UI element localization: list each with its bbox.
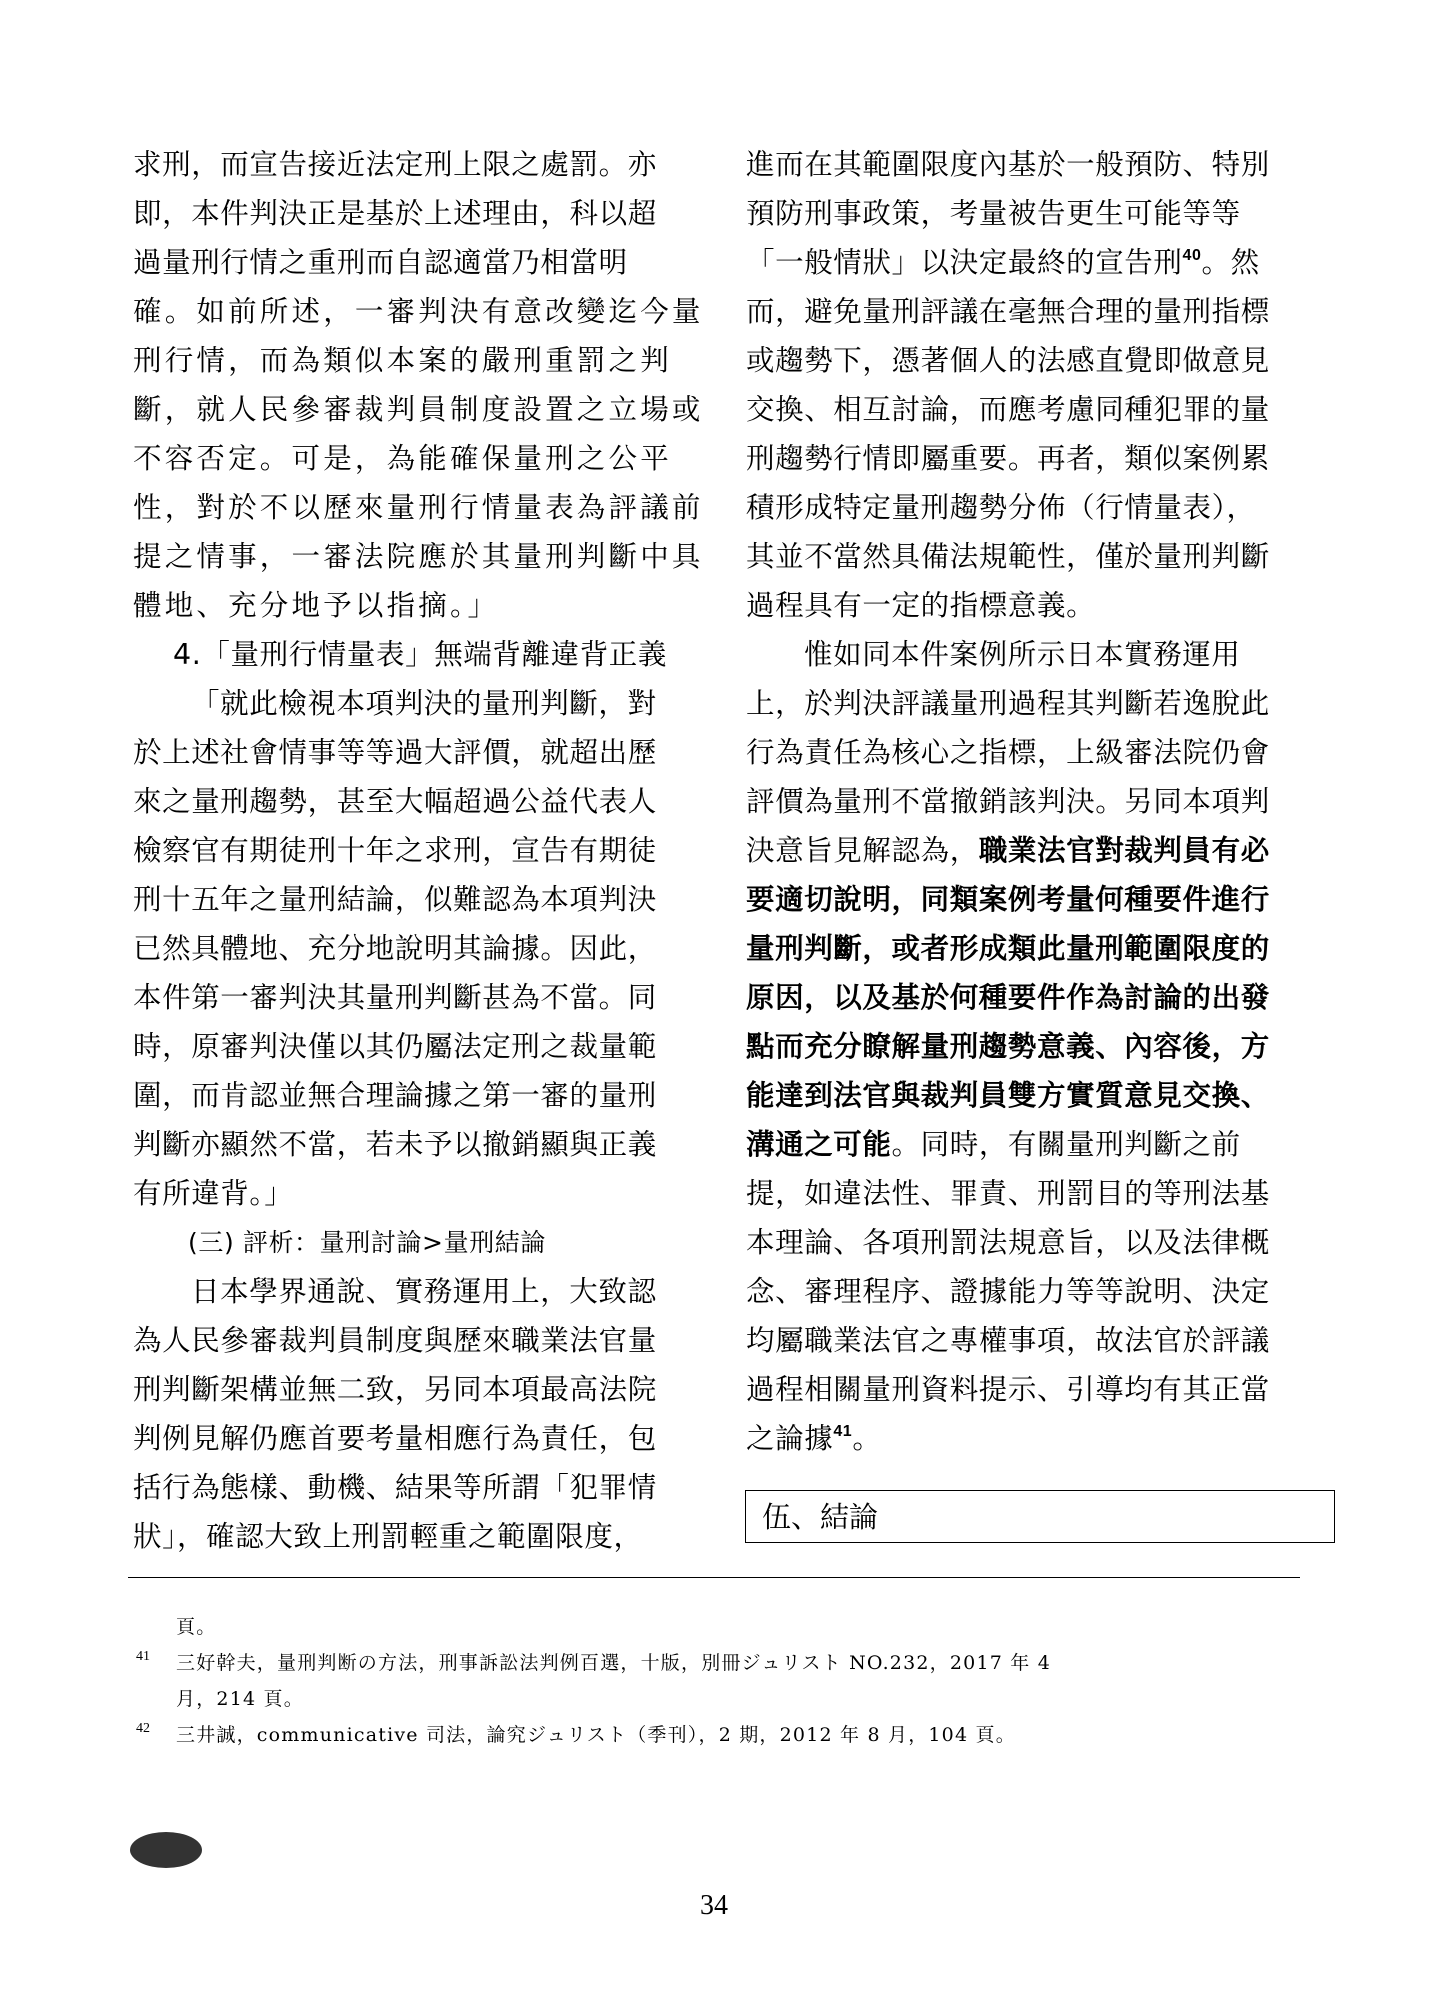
quote-line: 不容否定。可是，為能確保量刑之公平 (133, 434, 699, 483)
body-line: 刑趨勢行情即屬重要。再者，類似案例累 (746, 434, 1312, 483)
footnote-number: 42 (136, 1714, 150, 1744)
body-line: 判例見解仍應首要考量相應行為責任，包 (133, 1414, 699, 1463)
body-line: 而，避免量刑評議在毫無合理的量刑指標 (746, 287, 1312, 336)
footnote-ref-40[interactable]: 40 (1183, 247, 1202, 264)
body-line: 積形成特定量刑趨勢分佈（行情量表）， (746, 483, 1312, 532)
bold-emphasis-line: 量刑判斷，或者形成類此量刑範圍限度的 (746, 924, 1312, 973)
body-line: 念、審理程序、證據能力等等說明、決定 (746, 1267, 1312, 1316)
body-line: 行為責任為核心之指標，上級審法院仍會 (746, 728, 1312, 777)
body-line: 「就此檢視本項判決的量刑判斷，對 (133, 679, 699, 728)
footnote-text: 三井誠，communicative 司法，論究ジュリスト（季刊），2 期，201… (176, 1720, 1016, 1750)
body-line: 過程具有一定的指標意義。 (746, 581, 1312, 630)
body-text: 。 (852, 1422, 881, 1455)
body-line: 判斷亦顯然不當，若未予以撤銷顯與正義 (133, 1120, 699, 1169)
bold-emphasis-line: 要適切說明，同類案例考量何種要件進行 (746, 875, 1312, 924)
body-line: 有所違背。」 (133, 1169, 699, 1218)
body-text: 。同時，有關量刑判斷之前 (892, 1128, 1241, 1161)
body-line: 溝通之可能。同時，有關量刑判斷之前 (746, 1120, 1312, 1169)
left-column: 求刑，而宣告接近法定刑上限之處罰。亦 即，本件判決正是基於上述理由，科以超 過量… (133, 140, 699, 1561)
bold-emphasis-line: 原因，以及基於何種要件作為討論的出發 (746, 973, 1312, 1022)
body-line: 圍，而肯認並無合理論據之第一審的量刑 (133, 1071, 699, 1120)
body-line: 之論據41。 (746, 1414, 1312, 1463)
bold-emphasis-line: 點而充分瞭解量刑趨勢意義、內容後，方 (746, 1022, 1312, 1071)
quote-line: 性，對於不以歷來量刑行情量表為評議前 (133, 483, 699, 532)
quote-line: 斷，就人民參審裁判員制度設置之立場或 (133, 385, 699, 434)
page-tab-marker-icon (130, 1832, 202, 1868)
section-heading: 伍、結論 (762, 1497, 878, 1537)
right-column: 進而在其範圍限度內基於一般預防、特別 預防刑事政策，考量被告更生可能等等 「一般… (746, 140, 1312, 1463)
body-line: 或趨勢下，憑著個人的法感直覺即做意見 (746, 336, 1312, 385)
body-line: 預防刑事政策，考量被告更生可能等等 (746, 189, 1312, 238)
body-line: 時，原審判決僅以其仍屬法定刑之裁量範 (133, 1022, 699, 1071)
body-line: 惟如同本件案例所示日本實務運用 (746, 630, 1312, 679)
body-line: 進而在其範圍限度內基於一般預防、特別 (746, 140, 1312, 189)
body-line: 評價為量刑不當撤銷該判決。另同本項判 (746, 777, 1312, 826)
body-line: 本件第一審判決其量刑判斷甚為不當。同 (133, 973, 699, 1022)
body-line: 日本學界通說、實務運用上，大致認 (133, 1267, 699, 1316)
body-text: 決意旨見解認為， (746, 834, 979, 867)
body-line: 上，於判決評議量刑過程其判斷若逸脫此 (746, 679, 1312, 728)
bold-emphasis-line: 能達到法官與裁判員雙方實質意見交換、 (746, 1071, 1312, 1120)
body-line: 提，如違法性、罪責、刑罰目的等刑法基 (746, 1169, 1312, 1218)
footnote-divider (128, 1577, 1300, 1578)
body-line: 過程相關量刑資料提示、引導均有其正當 (746, 1365, 1312, 1414)
body-line: 過量刑行情之重刑而自認適當乃相當明 (133, 238, 699, 287)
footnote-number: 41 (136, 1642, 150, 1672)
body-line: 決意旨見解認為，職業法官對裁判員有必 (746, 826, 1312, 875)
body-line: 來之量刑趨勢，甚至大幅超過公益代表人 (133, 777, 699, 826)
body-line: 檢察官有期徒刑十年之求刑，宣告有期徒 (133, 826, 699, 875)
bold-emphasis: 職業法官對裁判員有必 (979, 834, 1270, 867)
quote-line: 體地、充分地予以指摘。」 (133, 581, 699, 630)
body-line: 交換、相互討論，而應考慮同種犯罪的量 (746, 385, 1312, 434)
page-number: 34 (700, 1890, 728, 1922)
body-text: 「一般情狀」以決定最終的宣告刑 (746, 246, 1183, 279)
body-text: 之論據 (746, 1422, 833, 1455)
subsection-heading: 4.「量刑行情量表」無端背離違背正義 (133, 630, 699, 679)
body-line: 刑十五年之量刑結論，似難認為本項判決 (133, 875, 699, 924)
body-line: 即，本件判決正是基於上述理由，科以超 (133, 189, 699, 238)
quote-line: 確。如前所述，一審判決有意改變迄今量 (133, 287, 699, 336)
footnote-text: 月，214 頁。 (176, 1684, 304, 1714)
footnote-text: 頁。 (176, 1612, 216, 1642)
bold-emphasis: 溝通之可能 (746, 1128, 892, 1161)
body-line: 於上述社會情事等等過大評價，就超出歷 (133, 728, 699, 777)
body-line: 其並不當然具備法規範性，僅於量刑判斷 (746, 532, 1312, 581)
footnote-text: 三好幹夫，量刑判断の方法，刑事訴訟法判例百選，十版，別冊ジュリスト NO.232… (176, 1648, 1051, 1678)
body-line: 本理論、各項刑罰法規意旨，以及法律概 (746, 1218, 1312, 1267)
quote-line: 提之情事，一審法院應於其量刑判斷中具 (133, 532, 699, 581)
body-line: 括行為態樣、動機、結果等所謂「犯罪情 (133, 1463, 699, 1512)
body-text: 。然 (1202, 246, 1260, 279)
body-line: 刑判斷架構並無二致，另同本項最高法院 (133, 1365, 699, 1414)
subsection-heading: (三) 評析：量刑討論>量刑結論 (133, 1218, 699, 1267)
section-heading-box: 伍、結論 (745, 1490, 1335, 1543)
footnote-ref-41[interactable]: 41 (833, 1423, 852, 1440)
body-line: 已然具體地、充分地說明其論據。因此， (133, 924, 699, 973)
body-line: 為人民參審裁判員制度與歷來職業法官量 (133, 1316, 699, 1365)
body-line: 求刑，而宣告接近法定刑上限之處罰。亦 (133, 140, 699, 189)
body-line: 「一般情狀」以決定最終的宣告刑40。然 (746, 238, 1312, 287)
quote-line: 刑行情，而為類似本案的嚴刑重罰之判 (133, 336, 699, 385)
body-line: 均屬職業法官之專權事項，故法官於評議 (746, 1316, 1312, 1365)
body-line: 狀」，確認大致上刑罰輕重之範圍限度， (133, 1512, 699, 1561)
